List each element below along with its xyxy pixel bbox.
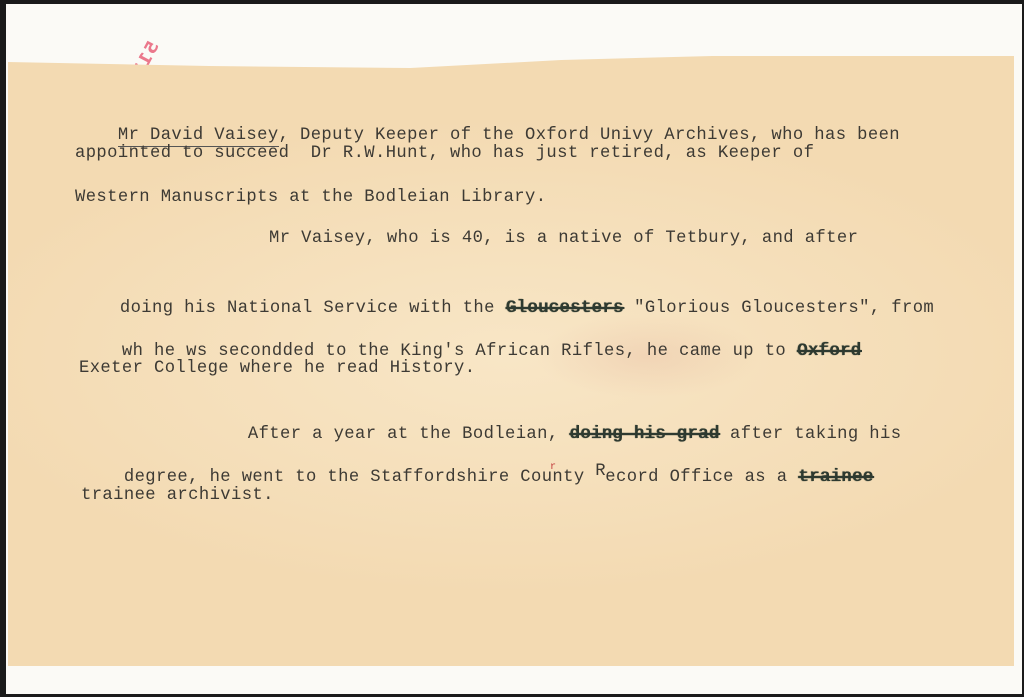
paragraph-2-line-2: doing his National Service with the Glou… (77, 270, 934, 296)
paragraph-1-line-2: appointed to succeed Dr R.W.Hunt, who ha… (75, 141, 814, 167)
paragraph-3-line-2: degree, he went to the Staffordshire Cou… (81, 439, 873, 465)
raised-correction-letter: R (595, 459, 606, 485)
paragraph-3-line-3: trainee archivist. (81, 483, 274, 509)
paragraph-2-line-1: Mr Vaisey, who is 40, is a native of Tet… (269, 226, 858, 252)
paragraph-1-line-3: Western Manuscripts at the Bodleian Libr… (75, 185, 546, 211)
line-text: Office as a (659, 468, 798, 487)
corrected-word: Record (595, 468, 659, 487)
paragraph-2-line-4: Exeter College where he read History. (79, 356, 475, 382)
paragraph-3-line-1: After a year at the Bodleian, doing his … (205, 396, 901, 422)
struck-out-word: trainee (798, 468, 873, 487)
paragraph-1-line-1: Mr David Vaisey, Deputy Keeper of the Ox… (75, 97, 900, 123)
paragraph-2-line-3: wh he ws secondded to the King's African… (79, 313, 861, 339)
struck-out-word: Oxford (797, 342, 861, 361)
red-proof-mark: r (550, 462, 556, 473)
